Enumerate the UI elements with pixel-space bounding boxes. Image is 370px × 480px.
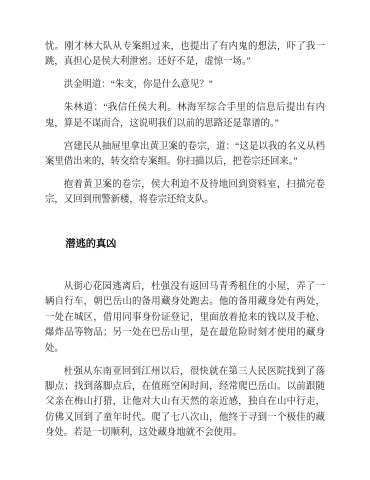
paragraph-narrative: 从街心花园逃离后，杜强没有返回马青秀租住的小屋，弄了一辆自行车，朝巴岳山的备用藏… [45,280,325,357]
paragraph-continuation: 忧。刚才林大队从专案组过来，也提出了有内鬼的想法，吓了我一跳，真担心是侯大利泄密… [45,40,325,71]
paragraph-dialogue: 宫建民从抽屉里拿出黄卫案的卷宗，道：“这是以我的名义从档案里借出来的，转交给专案… [45,140,325,171]
paragraph-dialogue: 朱林道：“我信任侯大利。林海军综合手里的信息后提出有内鬼，算是不谋而合，这说明我… [45,101,325,132]
page-text-area: 忧。刚才林大队从专案组过来，也提出了有内鬼的想法，吓了我一跳，真担心是侯大利泄密… [0,0,370,442]
section-heading: 潜逃的真凶 [45,237,325,252]
paragraph-dialogue: 洪金明道：“朱支，你是什么意见？” [45,78,325,93]
paragraph-narrative: 杜强从东南亚回到江州以后，很快就在第三人民医院找到了落脚点；找到落脚点后，在值班… [45,365,325,442]
ebook-page: 忧。刚才林大队从专案组过来，也提出了有内鬼的想法，吓了我一跳，真担心是侯大利泄密… [0,0,370,480]
paragraph-narrative: 抱着黄卫案的卷宗，侯大利迫不及待地回到资料室，扫描完卷宗，又回到刑警新楼，将卷宗… [45,178,325,209]
